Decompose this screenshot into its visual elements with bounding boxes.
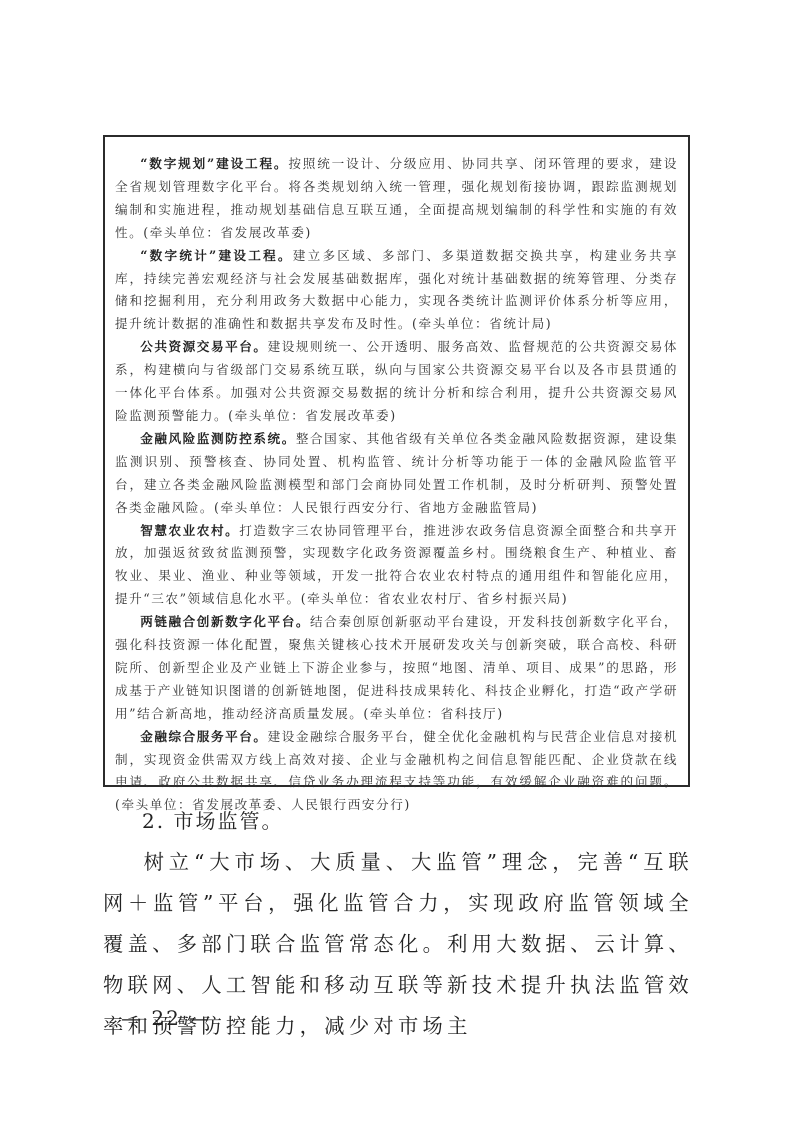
project-item-digital-planning: “数字规划”建设工程。按照统一设计、分级应用、协同共享、闭环管理的要求，建设全省… — [115, 153, 678, 245]
project-item-financial-services: 金融综合服务平台。建设金融综合服务平台，健全优化金融机构与民营企业信息对接机制，… — [115, 726, 678, 818]
project-title: 金融风险监测防控系统。 — [140, 431, 296, 446]
project-title: 智慧农业农村。 — [140, 523, 239, 538]
project-description: 结合秦创原创新驱动平台建设，开发科技创新数字化平台，强化科技资源一体化配置，聚焦… — [115, 614, 678, 721]
section-heading: 2. 市场监管。 — [142, 805, 283, 834]
project-list: “数字规划”建设工程。按照统一设计、分级应用、协同共享、闭环管理的要求，建设全省… — [115, 153, 678, 817]
page-number: — 22 — — [121, 1006, 211, 1030]
project-title: 公共资源交易平台。 — [140, 339, 267, 354]
project-item-public-resource-trading: 公共资源交易平台。建设规则统一、公开透明、服务高效、监督规范的公共资源交易体系，… — [115, 336, 678, 428]
project-title: 金融综合服务平台。 — [140, 729, 267, 744]
project-item-financial-risk: 金融风险监测防控系统。整合国家、其他省级有关单位各类金融风险数据资源，建设集监测… — [115, 428, 678, 520]
project-item-two-chain-innovation: 两链融合创新数字化平台。结合秦创原创新驱动平台建设，开发科技创新数字化平台，强化… — [115, 611, 678, 726]
project-title: “数字统计”建设工程。 — [140, 248, 293, 263]
project-title: 两链融合创新数字化平台。 — [140, 614, 310, 629]
project-item-digital-statistics: “数字统计”建设工程。建立多区域、多部门、多渠道数据交换共享，构建业务共享库，持… — [115, 245, 678, 337]
project-title: “数字规划”建设工程。 — [140, 156, 288, 171]
project-item-smart-agriculture: 智慧农业农村。打造数字三农协同管理平台，推进涉农政务信息资源全面整合和共享开放，… — [115, 520, 678, 612]
project-box: “数字规划”建设工程。按照统一设计、分级应用、协同共享、闭环管理的要求，建设全省… — [103, 135, 690, 787]
